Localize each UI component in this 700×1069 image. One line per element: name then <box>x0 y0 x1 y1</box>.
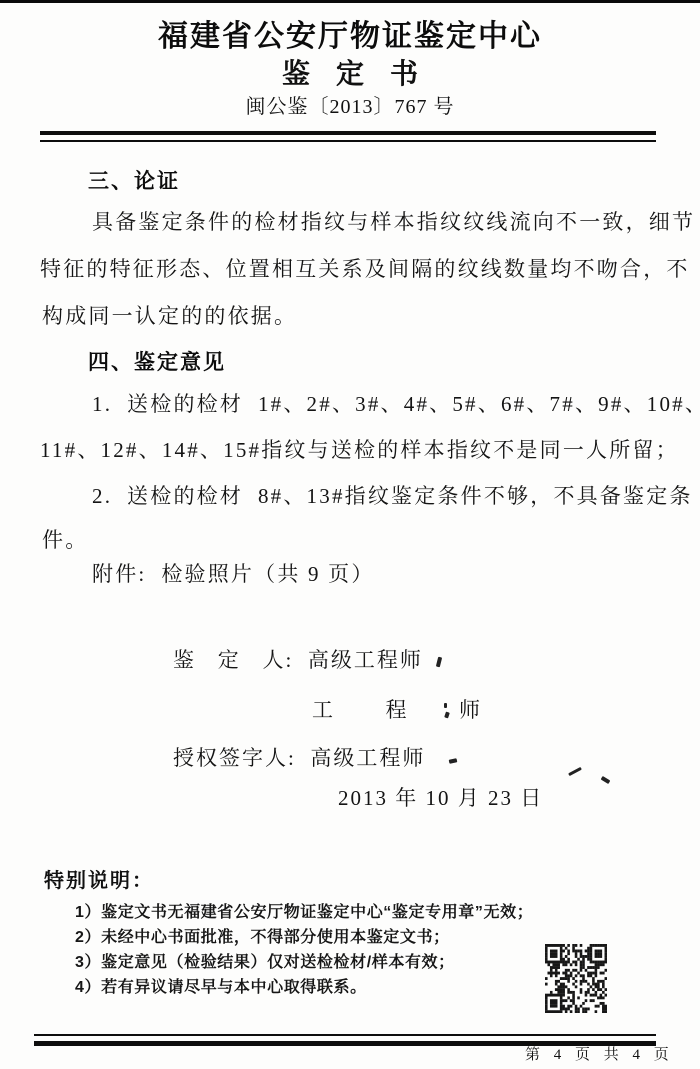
scan-edge-line <box>0 0 700 3</box>
footer-rule-thin <box>34 1034 656 1036</box>
body-line: 11#、12#、14#、15#指纹与送检的样本指纹不是同一人所留； <box>40 440 679 461</box>
body-line: 具备鉴定条件的检材指纹与样本指纹纹线流向不一致，细节 <box>92 212 695 233</box>
special-notes-heading: 特别说明： <box>44 871 154 891</box>
attachment-line: 附件: 检验照片（共 9 页） <box>92 564 375 585</box>
redacted-signature-mark <box>601 776 611 784</box>
page-number: 第 4 页 共 4 页 <box>525 1048 674 1063</box>
redacted-signature-mark <box>449 758 458 764</box>
body-line: 特征的特征形态、位置相互关系及间隔的纹线数量均不吻合，不 <box>40 259 690 280</box>
note-line-1: 1）鉴定文书无福建省公安厅物证鉴定中心“鉴定专用章”无效； <box>75 905 533 921</box>
note-line-3: 3）鉴定意见（检验结果）仅对送检检材/样本有效； <box>75 955 455 971</box>
doc-number: 闽公鉴〔2013〕767 号 <box>0 97 700 117</box>
section-heading-opinion: 四、鉴定意见 <box>88 352 226 373</box>
body-line: 1. 送检的检材 1#、2#、3#、4#、5#、6#、7#、9#、10#、 <box>92 394 700 415</box>
note-line-4: 4）若有异议请尽早与本中心取得联系。 <box>75 980 367 996</box>
body-line: 2. 送检的检材 8#、13#指纹鉴定条件不够，不具备鉴定条 <box>92 486 693 507</box>
appraiser-row: 鉴 定 人: 高级工程师 <box>173 650 423 671</box>
header-rule-thick <box>40 131 656 135</box>
redacted-signature-mark <box>568 767 582 776</box>
appraiser-title: 高级工程师 <box>308 648 423 672</box>
body-line: 件。 <box>42 530 88 551</box>
body-line: 构成同一认定的的依据。 <box>42 306 297 327</box>
org-title: 福建省公安厅物证鉴定中心 <box>0 22 700 52</box>
section-heading-argumentation: 三、论证 <box>88 171 180 192</box>
engineer-title: 工 程 师 <box>312 700 494 721</box>
qr-code <box>545 944 607 1013</box>
report-page: 福建省公安厅物证鉴定中心 鉴定书 闽公鉴〔2013〕767 号 三、论证 具备鉴… <box>0 0 700 1069</box>
authorized-title: 高级工程师 <box>310 746 425 770</box>
header-rule-thin <box>40 140 656 142</box>
appraiser-label: 鉴 定 人: <box>173 648 293 672</box>
footer-rule-thick <box>34 1041 656 1046</box>
authorized-label: 授权签字人: <box>173 746 296 770</box>
redacted-signature-mark <box>436 657 442 668</box>
note-line-2: 2）未经中心书面批准，不得部分使用本鉴定文书； <box>75 930 450 946</box>
authorized-row: 授权签字人: 高级工程师 <box>173 748 425 769</box>
redacted-signature-mark <box>444 703 447 708</box>
doc-title: 鉴定书 <box>0 61 700 89</box>
report-date: 2013 年 10 月 23 日 <box>338 788 543 809</box>
